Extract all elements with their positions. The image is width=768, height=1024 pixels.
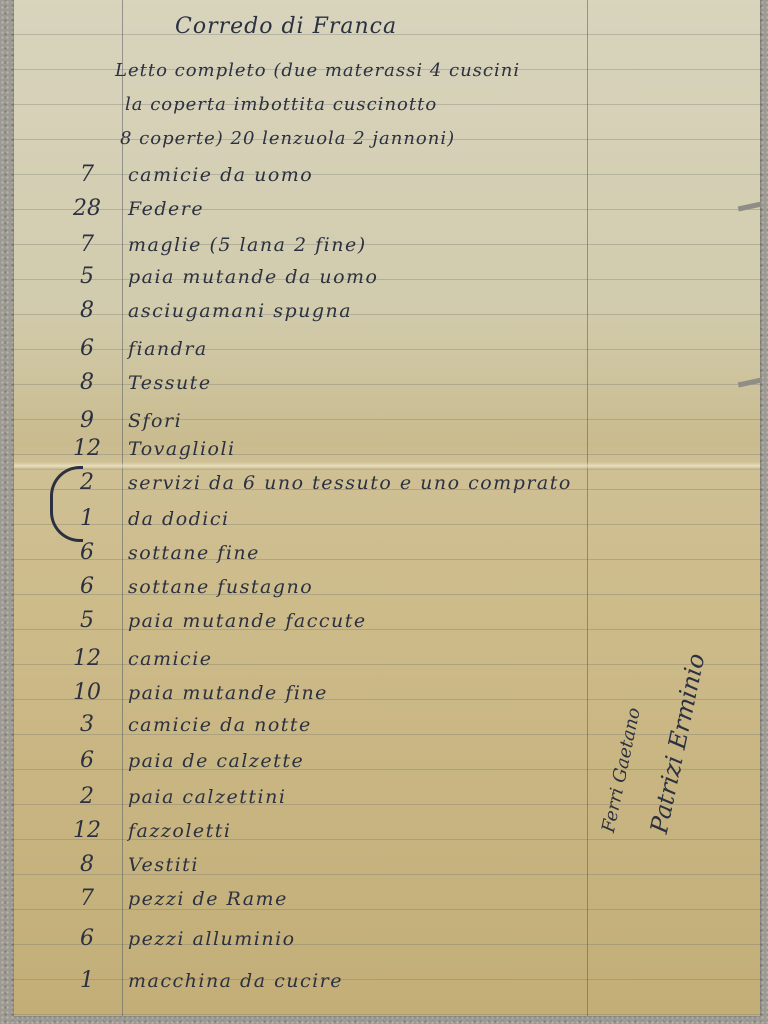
- item-description: Federe: [128, 198, 204, 220]
- item-quantity: 9: [62, 408, 112, 433]
- item-description: fiandra: [128, 338, 208, 360]
- item-description: camicie da notte: [128, 714, 312, 736]
- item-description: paia mutande fine: [128, 682, 328, 704]
- item-quantity: 8: [62, 370, 112, 395]
- item-quantity: 5: [62, 608, 112, 633]
- item-quantity: 6: [62, 336, 112, 361]
- item-quantity: 7: [62, 162, 112, 187]
- header-line-2: la coperta imbottita cuscinotto: [125, 94, 437, 115]
- item-description: pezzi de Rame: [128, 888, 288, 910]
- header-line-3: 8 coperte) 20 lenzuola 2 jannoni): [120, 128, 455, 149]
- item-description: Tessute: [128, 372, 212, 394]
- item-description: camicie da uomo: [128, 164, 313, 186]
- item-description: Sfori: [128, 410, 182, 432]
- item-quantity: 6: [62, 574, 112, 599]
- item-description: servizi da 6 uno tessuto e uno comprato: [128, 472, 572, 494]
- left-margin-line: [122, 0, 123, 1016]
- item-quantity: 5: [62, 264, 112, 289]
- item-description: sottane fine: [128, 542, 260, 564]
- item-quantity: 12: [62, 436, 112, 461]
- ruled-lines: [14, 0, 760, 1016]
- item-quantity: 10: [62, 680, 112, 705]
- item-quantity: 28: [62, 196, 112, 221]
- paper-sheet: [14, 0, 760, 1016]
- item-description: paia mutande da uomo: [128, 266, 379, 288]
- item-description: paia mutande faccute: [128, 610, 367, 632]
- item-quantity: 6: [62, 748, 112, 773]
- paper-fold: [14, 462, 760, 470]
- item-quantity: 2: [62, 784, 112, 809]
- item-description: Vestiti: [128, 854, 199, 876]
- item-description: Tovaglioli: [128, 438, 236, 460]
- item-quantity: 8: [62, 852, 112, 877]
- item-description: asciugamani spugna: [128, 300, 352, 322]
- item-description: da dodici: [128, 508, 230, 530]
- item-description: paia calzettini: [128, 786, 286, 808]
- item-quantity: 12: [62, 818, 112, 843]
- item-quantity: 6: [62, 540, 112, 565]
- item-quantity: 3: [62, 712, 112, 737]
- item-description: maglie (5 lana 2 fine): [128, 234, 367, 256]
- item-description: camicie: [128, 648, 213, 670]
- header-line-1: Letto completo (due materassi 4 cuscini: [115, 60, 520, 81]
- item-quantity: 1: [62, 968, 112, 993]
- item-description: pezzi alluminio: [128, 928, 296, 950]
- item-description: macchina da cucire: [128, 970, 343, 992]
- item-quantity: 6: [62, 926, 112, 951]
- right-column-line: [587, 0, 588, 1016]
- item-description: sottane fustagno: [128, 576, 313, 598]
- item-quantity: 7: [62, 886, 112, 911]
- item-description: paia de calzette: [128, 750, 304, 772]
- item-quantity: 12: [62, 646, 112, 671]
- document-title: Corredo di Franca: [175, 14, 397, 39]
- item-quantity: 7: [62, 232, 112, 257]
- item-quantity: 8: [62, 298, 112, 323]
- item-description: fazzoletti: [128, 820, 232, 842]
